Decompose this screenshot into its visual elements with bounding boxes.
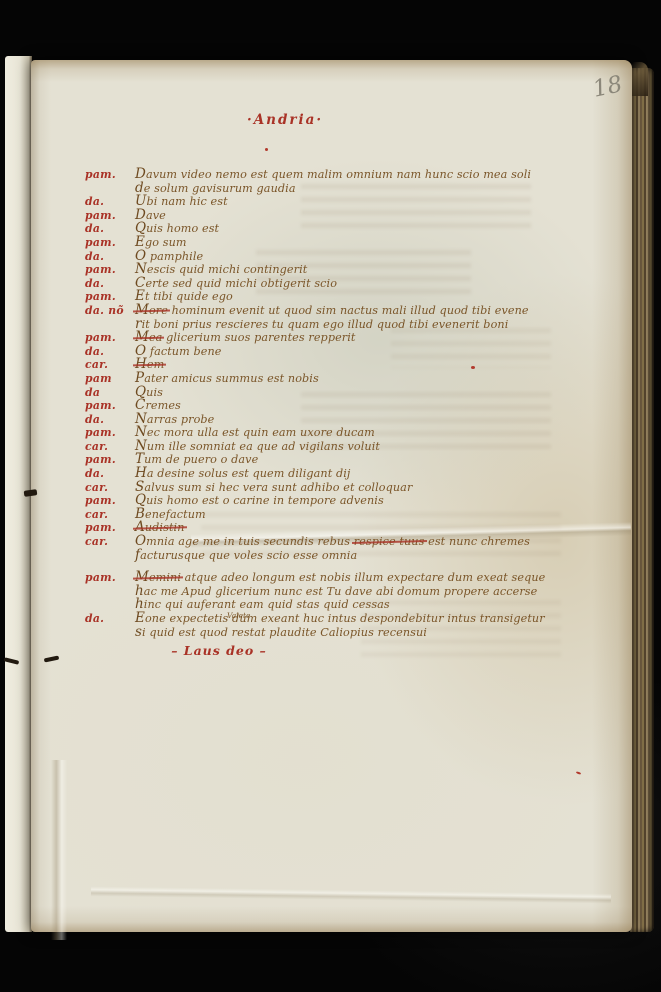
- speaker-label: car.: [85, 508, 135, 522]
- line-text: More hominum evenit ut quod sim nactus m…: [135, 304, 615, 318]
- manuscript-line: pam. Nescis quid michi contingerit: [85, 263, 615, 277]
- manuscript-line: da. Eone expectetis dum exeant huc intus…: [85, 612, 615, 626]
- manuscript-line: de solum gavisurum gaudia: [85, 182, 615, 196]
- line-text: facturusque que voles scio esse omnia: [135, 549, 615, 563]
- speaker-label: [85, 318, 135, 332]
- manuscript-line: car. Salvus sum si hec vera sunt adhibo …: [85, 481, 615, 495]
- line-text: Pater amicus summus est nobis: [135, 372, 615, 386]
- manuscript-line: da. Narras probe: [85, 413, 615, 427]
- colophon-rubric: – Laus deo –: [159, 643, 279, 658]
- speaker-label: da.: [85, 345, 135, 359]
- manuscript-line: hinc qui auferant eam quid stas quid ces…: [85, 598, 615, 612]
- line-text: Et tibi quide ego: [135, 290, 615, 304]
- manuscript-line: da. O factum bene: [85, 345, 615, 359]
- line-text: rit boni prius rescieres tu quam ego ill…: [135, 318, 615, 332]
- speaker-label: da.: [85, 222, 135, 236]
- line-text: Dave: [135, 209, 615, 223]
- line-text: si quid est quod restat plaudite Caliopi…: [135, 626, 615, 640]
- manuscript-line: pam. Tum de puero o dave: [85, 453, 615, 467]
- manuscript-line: pam. Davum video nemo est quem malim omn…: [85, 168, 615, 182]
- speaker-label: pam.: [85, 571, 135, 585]
- speaker-label: da.: [85, 195, 135, 209]
- manuscript-line: rit boni prius rescieres tu quam ego ill…: [85, 318, 615, 332]
- line-text: Ha desine solus est quem diligant dij: [135, 467, 615, 481]
- manuscript-line: facturusque que voles scio esse omnia: [85, 549, 615, 563]
- manuscript-page: 18 ·Andria· pam. Davum video nemo est qu…: [31, 60, 632, 932]
- line-text: Quis: [135, 386, 615, 400]
- play-title-rubric: ·Andria·: [247, 112, 367, 128]
- line-text: Hem: [135, 358, 615, 372]
- speaker-label: pam.: [85, 521, 135, 535]
- speaker-label: car.: [85, 535, 135, 549]
- speaker-label: pam.: [85, 399, 135, 413]
- line-text: Omnia age me in tuis secundis rebus resp…: [135, 535, 615, 549]
- line-text: Audistin: [135, 521, 615, 535]
- red-ink-speck: [576, 771, 581, 775]
- manuscript-line: car. Benefactum: [85, 508, 615, 522]
- line-text: Num ille somniat ea que ad vigilans volu…: [135, 440, 615, 454]
- speaker-label: [85, 626, 135, 640]
- manuscript-line: car. Num ille somniat ea que ad vigilans…: [85, 440, 615, 454]
- text-block: pam. Davum video nemo est quem malim omn…: [85, 168, 615, 639]
- speaker-label: da.: [85, 277, 135, 291]
- manuscript-line: si quid est quod restat plaudite Caliopi…: [85, 626, 615, 640]
- parchment-crease: [51, 760, 67, 940]
- manuscript-line: pam. Mea glicerium suos parentes repperi…: [85, 331, 615, 345]
- line-text: Tum de puero o dave: [135, 453, 615, 467]
- manuscript-line: pam. Et tibi quide ego: [85, 290, 615, 304]
- manuscript-line: pam. Dave: [85, 209, 615, 223]
- manuscript-line: da. nõ More hominum evenit ut quod sim n…: [85, 304, 615, 318]
- line-text: Mea glicerium suos parentes repperit: [135, 331, 615, 345]
- speaker-label: da.: [85, 413, 135, 427]
- manuscript-line: hac me Apud glicerium nunc est Tu dave a…: [85, 585, 615, 599]
- folio-number: 18: [591, 71, 625, 103]
- speaker-label: pam.: [85, 453, 135, 467]
- speaker-label: pam.: [85, 168, 135, 182]
- interlinear-gloss: Valete: [227, 611, 251, 620]
- line-text: Quis homo est: [135, 222, 615, 236]
- manuscript-line: da. Ubi nam hic est: [85, 195, 615, 209]
- parchment-crease: [91, 886, 611, 903]
- manuscript-line: pam. Quis homo est o carine in tempore a…: [85, 494, 615, 508]
- line-text: Certe sed quid michi obtigerit scio: [135, 277, 615, 291]
- line-text: Nec mora ulla est quin eam uxore ducam: [135, 426, 615, 440]
- line-text: Nescis quid michi contingerit: [135, 263, 615, 277]
- speaker-label: [85, 182, 135, 196]
- speaker-label: [85, 585, 135, 599]
- line-text: Narras probe: [135, 413, 615, 427]
- photo-background: 18 ·Andria· pam. Davum video nemo est qu…: [0, 0, 661, 992]
- line-text: hinc qui auferant eam quid stas quid ces…: [135, 598, 615, 612]
- speaker-label: pam.: [85, 290, 135, 304]
- manuscript-line: da. O pamphile: [85, 250, 615, 264]
- speaker-label: da. nõ: [85, 304, 135, 318]
- speaker-label: [85, 549, 135, 563]
- speaker-label: car.: [85, 481, 135, 495]
- manuscript-line: da. Ha desine solus est quem diligant di…: [85, 467, 615, 481]
- manuscript-line: car. Hem: [85, 358, 615, 372]
- line-text: Quis homo est o carine in tempore adveni…: [135, 494, 615, 508]
- manuscript-line: pam. Ego sum: [85, 236, 615, 250]
- manuscript-line: da. Certe sed quid michi obtigerit scio: [85, 277, 615, 291]
- speaker-label: [85, 598, 135, 612]
- line-text: Ego sum: [135, 236, 615, 250]
- speaker-label: da: [85, 386, 135, 400]
- manuscript-line: pam. Memini atque adeo longum est nobis …: [85, 571, 615, 585]
- line-text: Eone expectetis dum exeant huc intus des…: [135, 612, 615, 626]
- line-text: O pamphile: [135, 250, 615, 264]
- line-text: Davum video nemo est quem malim omnium n…: [135, 168, 615, 182]
- speaker-label: car.: [85, 358, 135, 372]
- line-text: hac me Apud glicerium nunc est Tu dave a…: [135, 585, 615, 599]
- line-text: Salvus sum si hec vera sunt adhibo et co…: [135, 481, 615, 495]
- speaker-label: pam.: [85, 236, 135, 250]
- line-text: de solum gavisurum gaudia: [135, 182, 615, 196]
- manuscript-line: pam. Nec mora ulla est quin eam uxore du…: [85, 426, 615, 440]
- speaker-label: pam.: [85, 494, 135, 508]
- line-text: Cremes: [135, 399, 615, 413]
- speaker-label: car.: [85, 440, 135, 454]
- line-text: O factum bene: [135, 345, 615, 359]
- line-text: Ubi nam hic est: [135, 195, 615, 209]
- speaker-label: pam.: [85, 263, 135, 277]
- manuscript-line: car. Omnia age me in tuis secundis rebus…: [85, 535, 615, 549]
- speaker-label: da.: [85, 612, 135, 626]
- speaker-label: da.: [85, 250, 135, 264]
- manuscript-line: da Quis: [85, 386, 615, 400]
- speaker-label: pam.: [85, 331, 135, 345]
- speaker-label: da.: [85, 467, 135, 481]
- manuscript-line: pam. Cremes: [85, 399, 615, 413]
- speaker-label: pam: [85, 372, 135, 386]
- manuscript-line: pam. Audistin: [85, 521, 615, 535]
- red-ink-speck: [265, 148, 268, 151]
- page-stack-edge: [630, 68, 654, 932]
- speaker-label: pam.: [85, 426, 135, 440]
- line-text: Memini atque adeo longum est nobis illum…: [135, 571, 615, 585]
- manuscript-line: pam Pater amicus summus est nobis: [85, 372, 615, 386]
- speaker-label: pam.: [85, 209, 135, 223]
- line-text: Benefactum: [135, 508, 615, 522]
- manuscript-line: da. Quis homo est: [85, 222, 615, 236]
